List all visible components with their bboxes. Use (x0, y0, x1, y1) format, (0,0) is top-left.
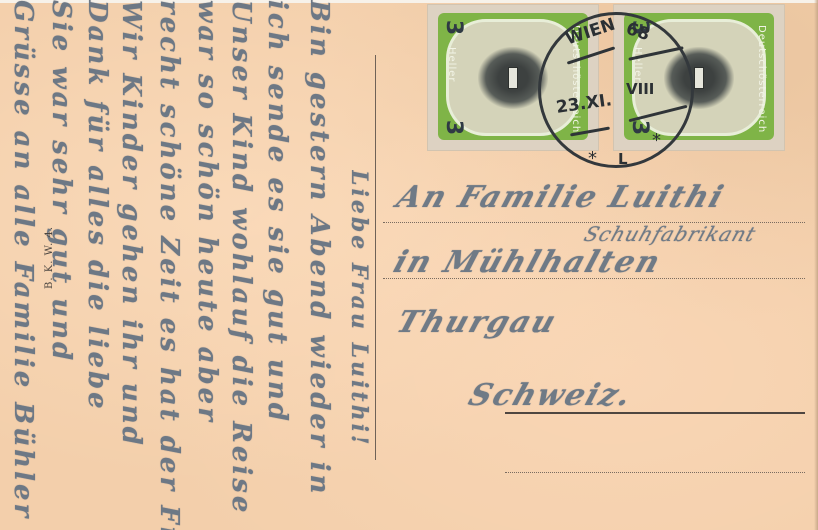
address-line-4 (505, 472, 805, 473)
star-icon: * (588, 148, 597, 169)
message-line: war so schön heute aber (188, 0, 222, 530)
stamp-value: 3 (441, 20, 466, 35)
stamp-value: 3 (441, 120, 466, 135)
address-canton: Thurgau (392, 305, 561, 340)
greeting: Liebe Frau Luithi! (338, 170, 372, 470)
eagle-icon (478, 47, 548, 109)
address-recipient-title: Schuhfabrikant (581, 222, 759, 246)
message-line: recht schöne Zeit es hat der Frau (150, 0, 184, 530)
publisher-mark: B. K. W. 4. (44, 226, 55, 289)
postmark (538, 12, 694, 168)
card-edge-right (814, 0, 818, 530)
stamp-country: Deutschösterreich (756, 25, 767, 133)
star-icon: * (652, 130, 661, 151)
message-line: ich sende es sie gut und (258, 0, 292, 530)
message-line: Grüsse an alle Familie Bühler (4, 0, 38, 530)
address-recipient: An Familie Luithi (392, 180, 729, 215)
divider-line (375, 55, 376, 460)
postmark-time: VIII (626, 80, 654, 98)
address-country: Schweiz. (464, 378, 637, 413)
message-line: Bin gestern Abend wieder in (300, 0, 334, 530)
address-town: in Mühlhalten (389, 245, 666, 280)
message-line: Dank für alles die liebe (78, 0, 112, 530)
postcard-back: Grüsse an alle Familie Bühler Sie war se… (0, 0, 818, 530)
message-line: Wir Kinder gehen ihr und (112, 0, 146, 530)
postmark-letter: L (618, 150, 628, 168)
stamp-unit: Heller (446, 47, 457, 83)
message-line: Unser Kind wohlauf die Reise (222, 0, 256, 530)
